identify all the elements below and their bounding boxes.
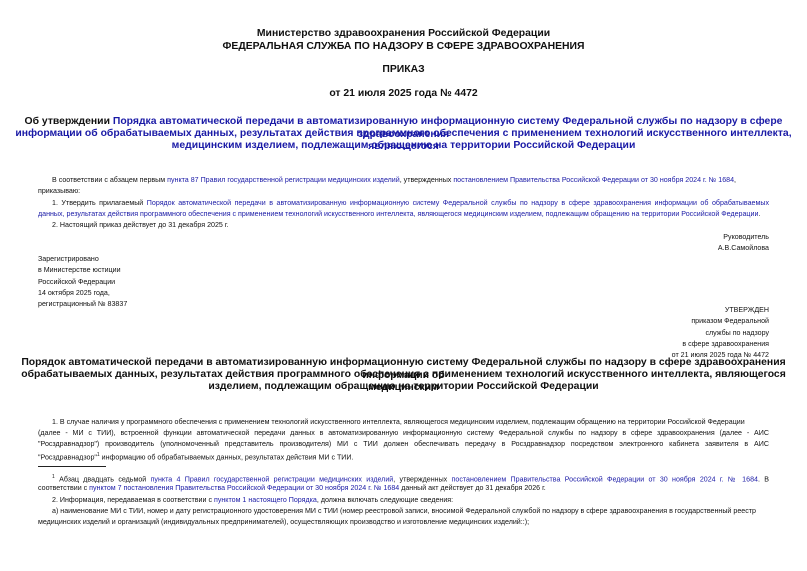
order-date-number: от 21 июля 2025 года № 4472 <box>0 87 807 100</box>
procedure-p2: 2. Информация, передаваемая в соответств… <box>52 495 453 506</box>
order-word: приказываю: <box>38 186 80 197</box>
approved-block: УТВЕРЖДЕН приказом Федеральной службы по… <box>569 305 769 361</box>
order-item-1-cont: данных, результатах действия программног… <box>38 209 760 220</box>
footnote-line2: соответствии с пунктом 7 постановления П… <box>38 483 546 494</box>
service-name: ФЕДЕРАЛЬНАЯ СЛУЖБА ПО НАДЗОРУ В СФЕРЕ ЗД… <box>0 40 807 53</box>
procedure-p2a-line2: медицинских изделий и организаций (индив… <box>38 517 529 528</box>
title-link-cont[interactable]: медицинским изделием, подлежащим обращен… <box>172 140 636 151</box>
footnote-divider <box>38 466 106 467</box>
title-prefix: Об утверждении <box>25 116 113 127</box>
procedure-p1-line1: 1. В случае наличия у программного обесп… <box>52 417 783 428</box>
link-procedure-cont[interactable]: данных, результатах действия программног… <box>38 210 758 218</box>
doc-type: ПРИКАЗ <box>0 63 807 76</box>
ministry-name: Министерство здравоохранения Российской … <box>0 27 807 40</box>
procedure-p1-line3: "Росздравнадзор") производитель (уполном… <box>38 439 769 450</box>
link-government-decree[interactable]: постановлением Правительства Российской … <box>453 176 734 184</box>
procedure-p1-line4: "Росздравнадзор"1 информацию об обрабаты… <box>38 450 353 464</box>
signature-name: А.В.Самойлова <box>569 243 769 254</box>
link-procedure-p1[interactable]: пунктом 1 настоящего Порядка <box>214 496 317 504</box>
order-item-2: 2. Настоящий приказ действует до 31 дека… <box>52 220 229 231</box>
link-procedure[interactable]: Порядок автоматической передачи в автома… <box>147 199 769 207</box>
procedure-title-line3: изделием, подлежащим обращению на террит… <box>0 380 807 393</box>
link-decree-p7[interactable]: пунктом 7 постановления Правительства Ро… <box>89 484 399 492</box>
link-rules-p87[interactable]: пункта 87 Правил государственной регистр… <box>167 176 400 184</box>
preamble-paragraph: В соответствии с абзацем первым пункта 8… <box>52 175 736 186</box>
order-title-line3: медицинским изделием, подлежащим обращен… <box>0 139 807 152</box>
procedure-p2a-line1: а) наименование МИ с ТИИ, номер и дату р… <box>52 506 807 517</box>
registration-block: Зарегистрировано в Министерстве юстиции … <box>38 254 127 310</box>
signature-position: Руководитель <box>569 232 769 243</box>
order-item-1: 1. Утвердить прилагаемый Порядок автомат… <box>38 198 769 209</box>
procedure-p1-line2: (далее - МИ с ТИИ), встроенной функции а… <box>38 428 769 439</box>
